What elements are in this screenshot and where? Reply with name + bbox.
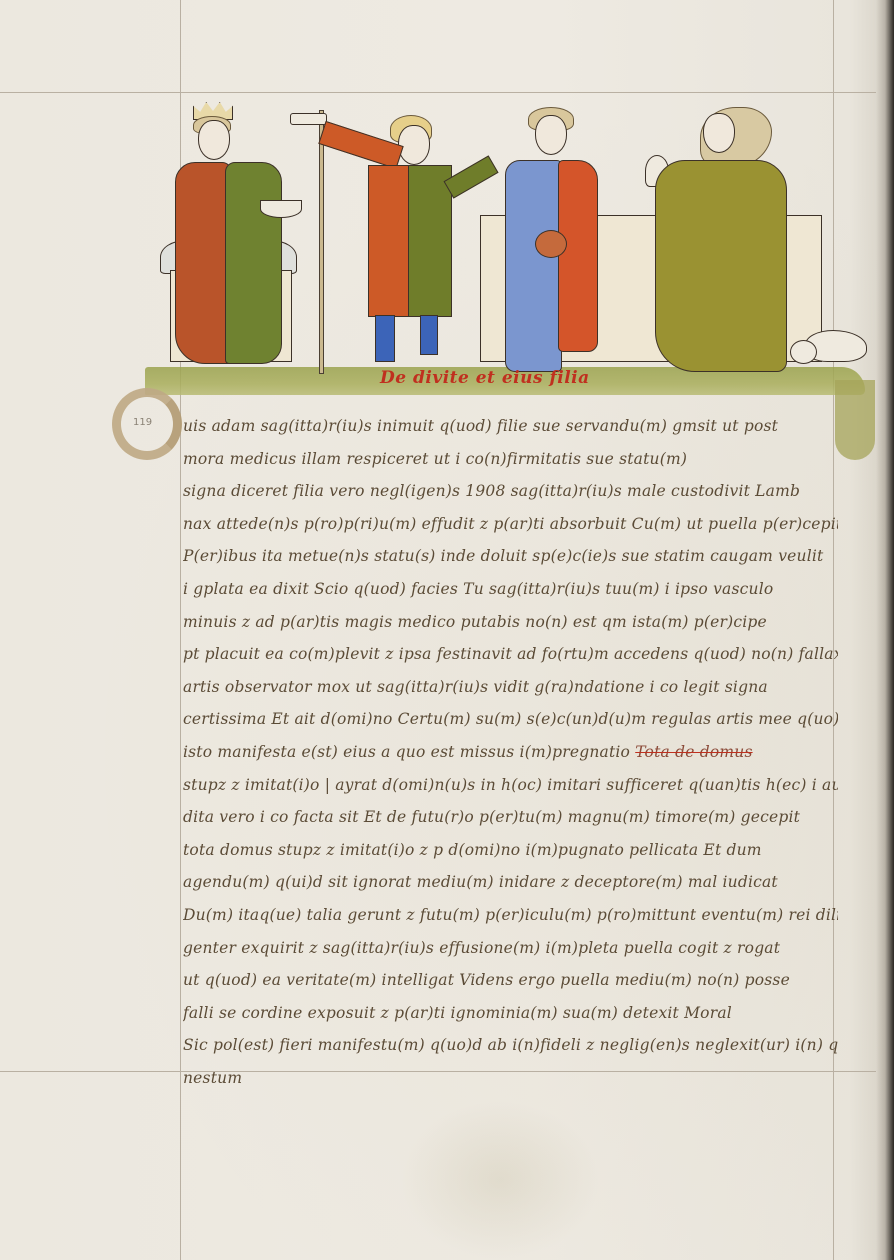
- text-line: certissima Et ait d(omi)no Certu(m) su(m…: [183, 703, 838, 736]
- text-line: artis observator mox ut sag(itta)r(iu)s …: [183, 671, 838, 704]
- text-line-with-strike: isto manifesta e(st) eius a quo est miss…: [183, 736, 838, 769]
- text-line: signa diceret filia vero negl(igen)s 190…: [183, 475, 838, 508]
- main-text-block: uis adam sag(itta)r(iu)s inimuit q(uod) …: [183, 410, 838, 1094]
- green-tunic: [408, 165, 452, 317]
- text-line: agendu(m) q(ui)d sit ignorat mediu(m) in…: [183, 866, 838, 899]
- olive-gown: [655, 160, 787, 372]
- red-tunic: [368, 165, 412, 317]
- text-line: P(er)ibus ita metue(n)s statu(s) inde do…: [183, 540, 838, 573]
- daughter-figure: [645, 105, 805, 375]
- text-line: genter exquirit z sag(itta)r(iu)s effusi…: [183, 932, 838, 965]
- blue-leg: [375, 315, 395, 362]
- text-line: Du(m) itaq(ue) talia gerunt z futu(m) p(…: [183, 899, 838, 932]
- text-line: stupz z imitat(i)o | ayrat d(omi)n(u)s i…: [183, 769, 838, 802]
- text-line: mora medicus illam respiceret ut i co(n)…: [183, 443, 838, 476]
- manuscript-page: De divite et eius filia 119 uis adam sag…: [0, 0, 894, 1260]
- head: [703, 113, 735, 153]
- text-line: i gplata ea dixit Scio q(uod) facies Tu …: [183, 573, 838, 606]
- text-line: nax attede(n)s p(ro)p(ri)u(m) effudit z …: [183, 508, 838, 541]
- miniature-illustration: [145, 95, 865, 395]
- text-line: pt placuit ea co(m)plevit z ipsa festina…: [183, 638, 838, 671]
- text-segment: isto manifesta e(st) eius a quo est miss…: [183, 743, 630, 761]
- text-line: ut q(uod) ea veritate(m) intelligat Vide…: [183, 964, 838, 997]
- struck-note: Tota de domus: [635, 743, 752, 761]
- red-robe: [558, 160, 598, 352]
- top-ruling-line: [0, 92, 876, 93]
- dog-figure: [785, 325, 875, 395]
- text-line: Sic pol(est) fieri manifestu(m) q(uo)d a…: [183, 1029, 838, 1062]
- text-line: uis adam sag(itta)r(iu)s inimuit q(uod) …: [183, 410, 838, 443]
- pointing-hand: [290, 113, 327, 125]
- red-robe: [175, 162, 232, 364]
- blue-robe: [505, 160, 562, 372]
- head: [198, 120, 230, 160]
- rubric-title: De divite et eius filia: [380, 368, 590, 388]
- crowned-lady-figure: [150, 100, 320, 370]
- green-robe: [225, 162, 282, 364]
- dog-head: [790, 340, 817, 364]
- head: [535, 115, 567, 155]
- blue-leg: [420, 315, 438, 355]
- text-line: minuis z ad p(ar)tis magis medico putabi…: [183, 606, 838, 639]
- text-line: dita vero i co facta sit Et de futu(r)o …: [183, 801, 838, 834]
- text-line: tota domus stupz z imitat(i)o z p d(omi)…: [183, 834, 838, 867]
- text-line: falli se cordine exposuit z p(ar)ti igno…: [183, 997, 838, 1030]
- folio-number: 119: [133, 417, 152, 428]
- seated-man-figure: [480, 105, 640, 375]
- show-through-ink: [400, 1100, 600, 1260]
- binding-gutter: [876, 0, 894, 1260]
- text-line: nestum: [183, 1062, 838, 1095]
- urine-flask: [535, 230, 567, 258]
- bowl: [260, 200, 302, 218]
